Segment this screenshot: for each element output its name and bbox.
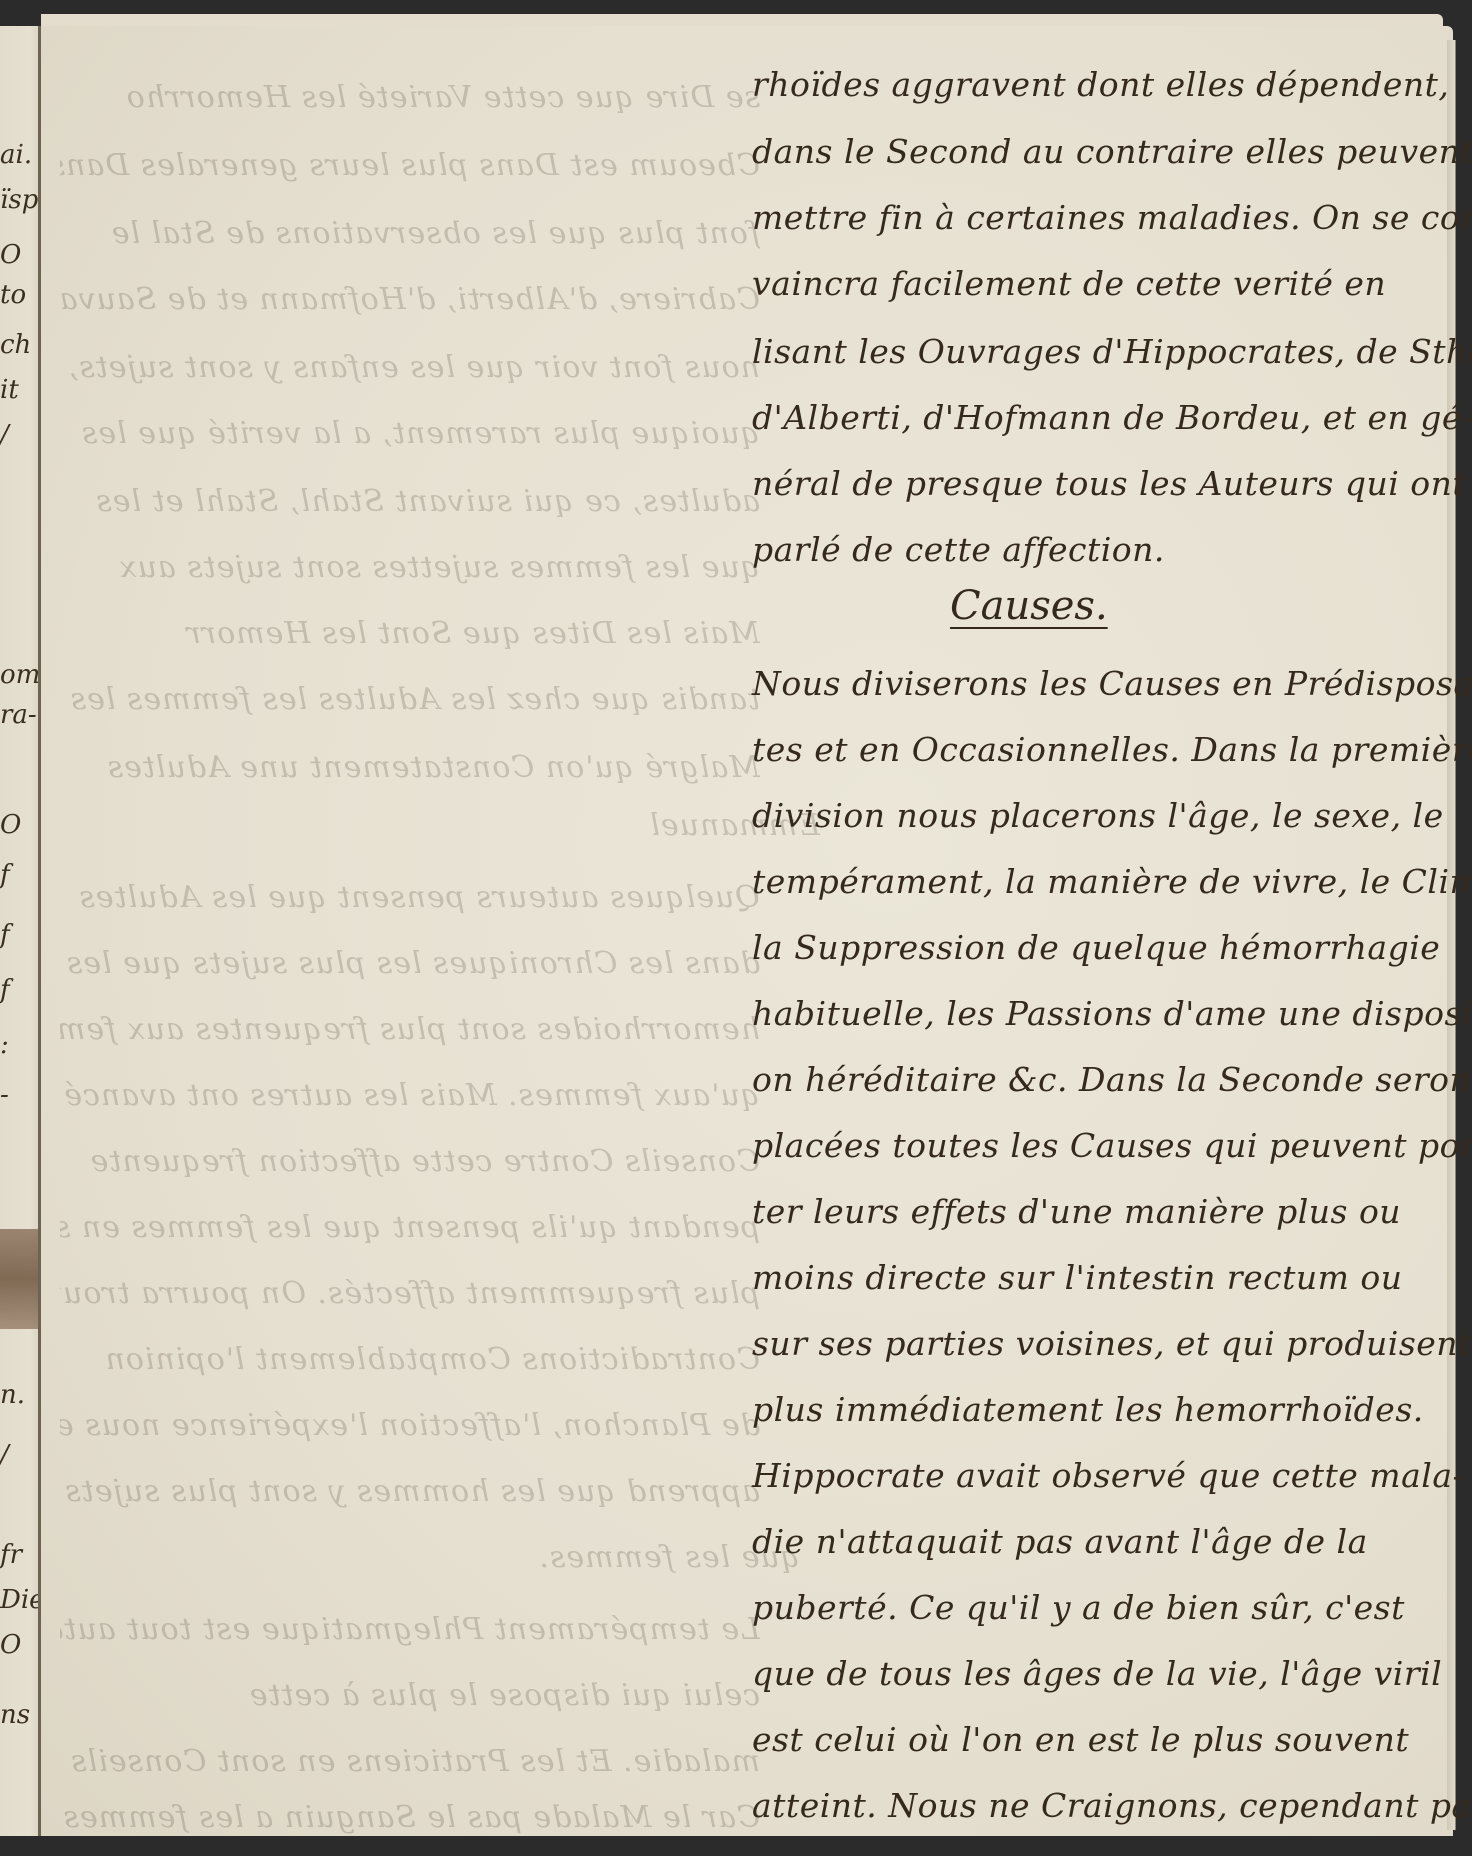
manuscript-line: moins directe sur l'intestin rectum ou <box>752 1258 1442 1298</box>
manuscript-line: mettre fin à certaines maladies. On se c… <box>752 198 1442 238</box>
manuscript-line: tes et en Occasionnelles. Dans la premiè… <box>752 730 1442 770</box>
manuscript-line: est celui où l'on en est le plus souvent <box>752 1720 1442 1760</box>
manuscript-scan: ai. ïsp- O to ch it / om. ra- O f f f : … <box>0 0 1472 1856</box>
previous-page-fragment: : <box>0 1030 38 1060</box>
bleed-line: qu'aux femmes. Mais les autres ont avanc… <box>60 1078 760 1113</box>
previous-page-fragment: it <box>0 375 38 405</box>
manuscript-line: dans le Second au contraire elles peuven… <box>752 132 1442 172</box>
manuscript-line: que de tous les âges de la vie, l'âge vi… <box>752 1654 1442 1694</box>
manuscript-line: lisant les Ouvrages d'Hippocrates, de St… <box>752 332 1442 372</box>
previous-page-fragment: om. <box>0 660 38 690</box>
bleed-line: nous font voir que les enfans y sont suj… <box>60 350 760 385</box>
manuscript-line: placées toutes les Causes qui peuvent po… <box>752 1126 1442 1166</box>
bleed-line: de Planchon, l'affection l'expérience no… <box>60 1408 760 1443</box>
bleed-line: Cabriere, d'Alberti, d'Hofmann et de Sau… <box>60 282 760 317</box>
previous-page-fragment: O <box>0 240 38 270</box>
previous-page-fragment: / <box>0 1440 38 1470</box>
section-heading: Causes. <box>950 583 1108 629</box>
bleed-line: celui qui dispose le plus à cette <box>60 1678 760 1713</box>
previous-page-fragment: ai. <box>0 140 38 170</box>
bleed-through-text: se Dire que cette Varieté les Hemorrho C… <box>60 60 760 1820</box>
bleed-line: hemorrhoides sont plus frequentes aux fe… <box>60 1012 760 1047</box>
manuscript-line: ter leurs effets d'une manière plus ou <box>752 1192 1442 1232</box>
previous-page-fragment: f <box>0 975 38 1005</box>
bleed-line: que les femmes sujettes sont sujets aux <box>60 550 760 585</box>
bleed-line: Car le Malade pas le Sanguin a les femme… <box>60 1800 760 1835</box>
bleed-line: que les femmes. <box>60 1540 800 1575</box>
manuscript-line: die n'attaquait pas avant l'âge de la <box>752 1522 1442 1562</box>
manuscript-line: tempérament, la manière de vivre, le Cli… <box>752 862 1442 902</box>
previous-page-fragment: f <box>0 920 38 950</box>
previous-page-fragment: fr <box>0 1540 38 1570</box>
previous-page-fragment: O <box>0 1630 38 1660</box>
bleed-line: font plus que les observations de Stal l… <box>60 216 760 251</box>
bleed-line: adultes, ce qui suivant Stahl, Stahl et … <box>60 484 760 519</box>
manuscript-line: puberté. Ce qu'il y a de bien sûr, c'est <box>752 1588 1442 1628</box>
bleed-line: quoique plus rarement, a la verité que l… <box>60 416 760 451</box>
bleed-line: dans les Chroniques les plus sujets que … <box>60 946 760 981</box>
previous-page-fragment: ïsp- <box>0 185 38 215</box>
previous-page-fragment: Die <box>0 1585 38 1615</box>
bleed-line: Emmanuel <box>60 808 820 843</box>
bleed-line: tandis que chez les Adultes les femmes l… <box>60 682 760 717</box>
bleed-line: Conseils Contre cette affection frequent… <box>60 1144 760 1179</box>
manuscript-line: d'Alberti, d'Hofmann de Bordeu, et en gé… <box>752 398 1442 438</box>
manuscript-line: habituelle, les Passions d'ame une dispo… <box>752 994 1442 1034</box>
bleed-line: Le tempérament Phlegmatique est tout aut… <box>60 1612 760 1647</box>
bleed-line: Cbeoum est Dans plus leurs generales Dan… <box>60 148 760 183</box>
page-right-edge <box>1447 40 1456 1830</box>
bleed-line: pendant qu'ils pensent que les femmes en… <box>60 1210 760 1245</box>
bleed-line: Malgré qu'on Constatement une Adultes <box>60 750 760 785</box>
bleed-line: Mais les Dites que Sont les Hemorr <box>60 616 760 651</box>
manuscript-line: parlé de cette affection. <box>752 530 1442 570</box>
manuscript-line: on héréditaire &c. Dans la Seconde seron… <box>752 1060 1442 1100</box>
manuscript-line: atteint. Nous ne Craignons, cependant pa… <box>752 1786 1442 1826</box>
bleed-line: apprend que les hommes y sont plus sujet… <box>60 1474 760 1509</box>
manuscript-line: rhoïdes aggravent dont elles dépendent, <box>752 65 1442 105</box>
manuscript-line: la Suppression de quelque hémorrhagie <box>752 928 1442 968</box>
bleed-line: Contradictions Comptablement l'opinion <box>60 1342 760 1377</box>
previous-page-fragment: ra- <box>0 700 38 730</box>
previous-page-fragment: - <box>0 1080 38 1110</box>
manuscript-line: Nous diviserons les Causes en Prédisposa… <box>752 664 1442 704</box>
bleed-line: Quelques auteurs pensent que les Adultes <box>60 880 760 915</box>
previous-page-fragment: to <box>0 280 38 310</box>
bleed-line: plus frequemment affectés. On pourra tro… <box>60 1276 760 1311</box>
manuscript-line: vaincra facilement de cette verité en <box>752 264 1442 304</box>
previous-page-edge: ai. ïsp- O to ch it / om. ra- O f f f : … <box>0 26 38 1836</box>
previous-page-fragment: ch <box>0 330 38 360</box>
previous-page-fragment: ns <box>0 1700 38 1730</box>
ink-stain <box>0 1229 38 1329</box>
manuscript-line: sur ses parties voisines, et qui produis… <box>752 1324 1442 1364</box>
previous-page-fragment: O <box>0 810 38 840</box>
manuscript-line: Hippocrate avait observé que cette mala- <box>752 1456 1442 1496</box>
previous-page-fragment: n. <box>0 1380 38 1410</box>
manuscript-line: néral de presque tous les Auteurs qui on… <box>752 464 1442 504</box>
manuscript-line: plus immédiatement les hemorrhoïdes. <box>752 1390 1442 1430</box>
manuscript-line: division nous placerons l'âge, le sexe, … <box>752 796 1442 836</box>
bleed-line: se Dire que cette Varieté les Hemorrho <box>60 80 760 115</box>
previous-page-fragment: f <box>0 860 38 890</box>
previous-page-fragment: / <box>0 420 38 450</box>
bleed-line: maladie. Et les Praticiens en sont Conse… <box>60 1744 760 1779</box>
